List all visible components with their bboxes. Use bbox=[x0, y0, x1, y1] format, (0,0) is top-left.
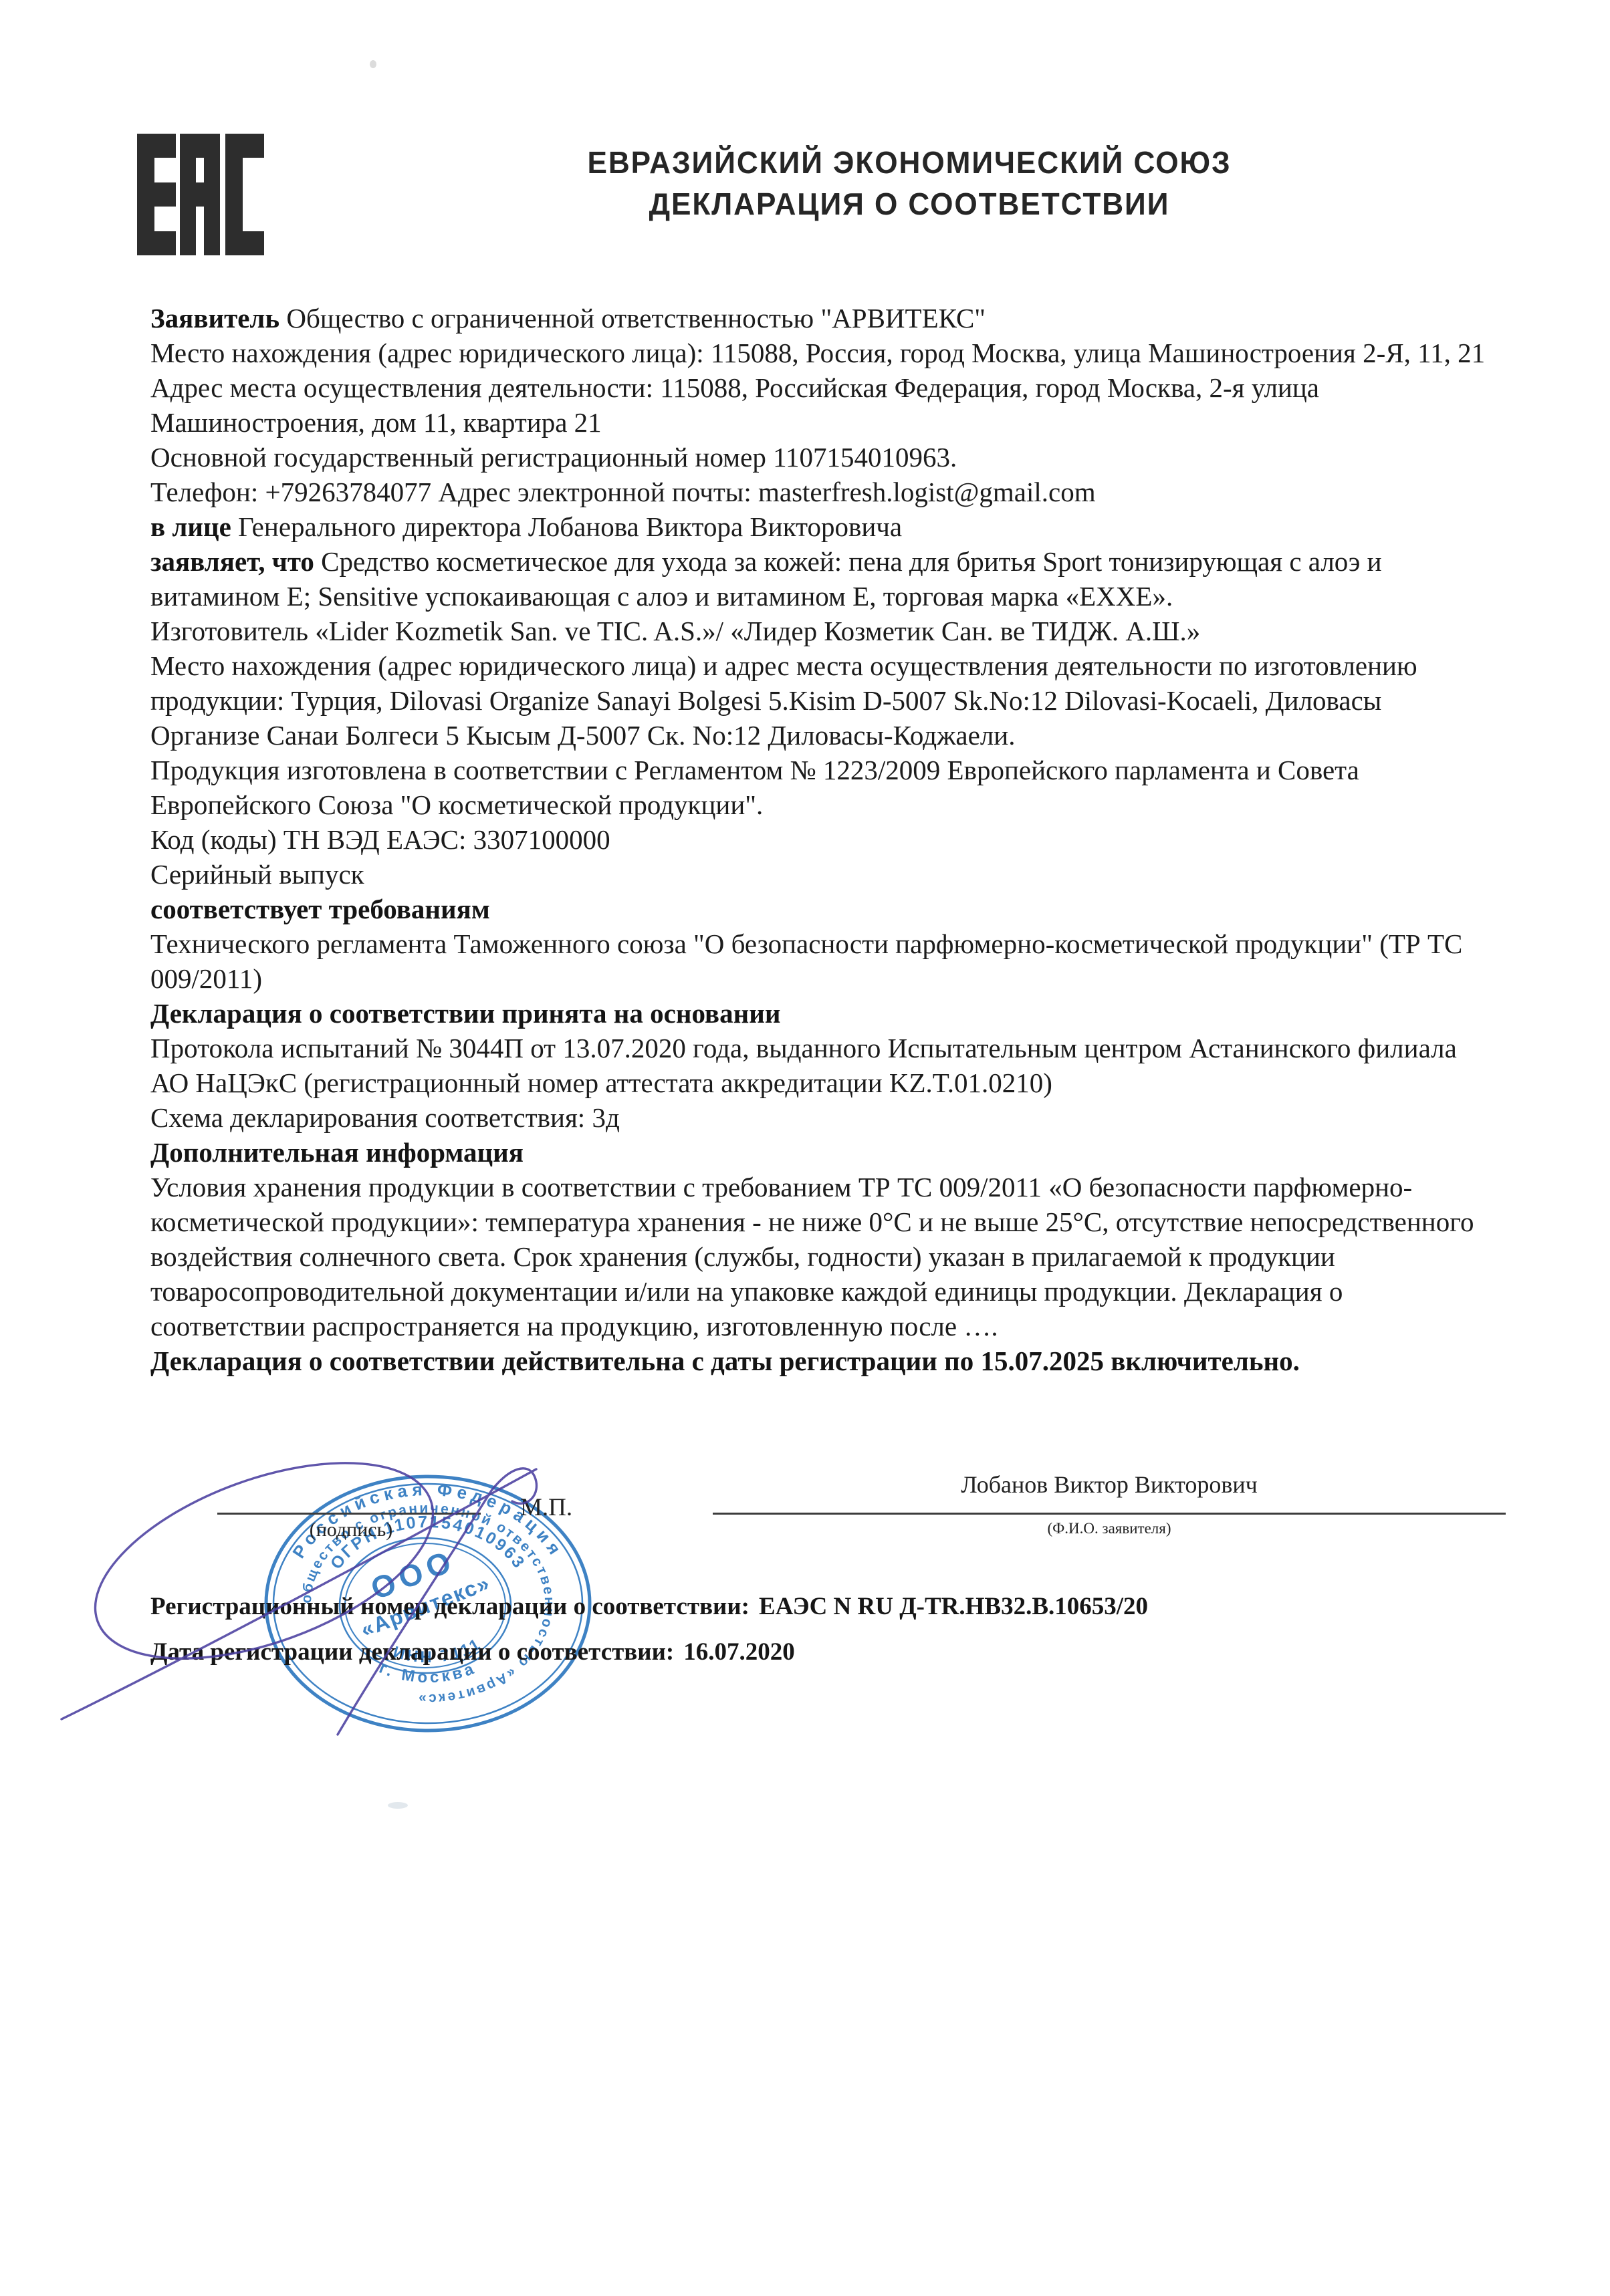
paragraph: Дополнительная информация bbox=[150, 1135, 1493, 1170]
paragraph: в лице Генерального директора Лобанова В… bbox=[150, 509, 1493, 544]
paragraph: Продукция изготовлена в соответствии с Р… bbox=[150, 753, 1493, 822]
applicant-name-line bbox=[713, 1513, 1506, 1515]
paragraph: Технического регламента Таможенного союз… bbox=[150, 926, 1493, 996]
paragraph-text: Продукция изготовлена в соответствии с Р… bbox=[150, 755, 1359, 820]
paragraph: Адрес места осуществления деятельности: … bbox=[150, 370, 1493, 440]
paragraph-lead: соответствует требованиям bbox=[150, 894, 490, 924]
paragraph: Заявитель Общество с ограниченной ответс… bbox=[150, 301, 1493, 336]
paragraph: соответствует требованиям bbox=[150, 892, 1493, 926]
paragraph: Место нахождения (адрес юридического лиц… bbox=[150, 336, 1493, 370]
paragraph: Телефон: +79263784077 Адрес электронной … bbox=[150, 475, 1493, 509]
scan-speck bbox=[370, 60, 376, 68]
paragraph-text: Адрес места осуществления деятельности: … bbox=[150, 372, 1319, 438]
paragraph: Изготовитель «Lider Kozmetik San. ve TIC… bbox=[150, 614, 1493, 648]
registration-date-value: 16.07.2020 bbox=[683, 1638, 795, 1666]
paragraph-text: Схема декларирования соответствия: 3д bbox=[150, 1102, 620, 1133]
paragraph: Декларация о соответствии принята на осн… bbox=[150, 996, 1493, 1031]
paragraph-text: Технического регламента Таможенного союз… bbox=[150, 928, 1462, 994]
paragraph-lead: Декларация о соответствии принята на осн… bbox=[150, 998, 780, 1029]
paragraph: Серийный выпуск bbox=[150, 857, 1493, 892]
paragraph: Условия хранения продукции в соответстви… bbox=[150, 1170, 1493, 1344]
paragraph-lead: Заявитель bbox=[150, 303, 279, 334]
validity-statement: Декларация о соответствии действительна … bbox=[150, 1344, 1493, 1378]
eac-logo-icon bbox=[137, 134, 264, 255]
title-union: ЕВРАЗИЙСКИЙ ЭКОНОМИЧЕСКИЙ СОЮЗ bbox=[524, 142, 1294, 183]
paragraph: Код (коды) ТН ВЭД ЕАЭС: 3307100000 bbox=[150, 822, 1493, 857]
declaration-body: Заявитель Общество с ограниченной ответс… bbox=[150, 301, 1493, 1378]
declaration-document-page: ЕВРАЗИЙСКИЙ ЭКОНОМИЧЕСКИЙ СОЮЗ ДЕКЛАРАЦИ… bbox=[0, 0, 1610, 2296]
paragraph: Основной государственный регистрационный… bbox=[150, 440, 1493, 475]
paragraph-text: Изготовитель «Lider Kozmetik San. ve TIC… bbox=[150, 616, 1200, 646]
registration-number-value: ЕАЭС N RU Д-TR.НВ32.В.10653/20 bbox=[759, 1593, 1148, 1620]
applicant-name: Лобанов Виктор Викторович bbox=[713, 1471, 1506, 1499]
paragraph-text: Условия хранения продукции в соответстви… bbox=[150, 1172, 1474, 1342]
handwritten-signature bbox=[40, 1417, 655, 1831]
paragraph-text: Общество с ограниченной ответственностью… bbox=[279, 303, 986, 334]
paragraph-text: Код (коды) ТН ВЭД ЕАЭС: 3307100000 bbox=[150, 824, 610, 855]
paragraph-text: Серийный выпуск bbox=[150, 859, 364, 890]
paragraph: заявляет, что Средство косметическое для… bbox=[150, 544, 1493, 614]
title-doc-type: ДЕКЛАРАЦИЯ О СООТВЕТСТВИИ bbox=[524, 183, 1294, 225]
paragraph-text: Протокола испытаний № 3044П от 13.07.202… bbox=[150, 1033, 1457, 1098]
paragraph-text: Телефон: +79263784077 Адрес электронной … bbox=[150, 477, 1096, 507]
applicant-fio-caption: (Ф.И.О. заявителя) bbox=[713, 1520, 1506, 1537]
paragraph-lead: Дополнительная информация bbox=[150, 1137, 524, 1168]
paragraph-text: Генерального директора Лобанова Виктора … bbox=[231, 511, 902, 542]
paragraph: Схема декларирования соответствия: 3д bbox=[150, 1100, 1493, 1135]
document-title: ЕВРАЗИЙСКИЙ ЭКОНОМИЧЕСКИЙ СОЮЗ ДЕКЛАРАЦИ… bbox=[524, 142, 1294, 225]
paragraph-lead: заявляет, что bbox=[150, 546, 314, 577]
paragraph-text: Средство косметическое для ухода за коже… bbox=[150, 546, 1382, 612]
paragraph-text: Место нахождения (адрес юридического лиц… bbox=[150, 650, 1417, 751]
paragraph-lead: в лице bbox=[150, 511, 231, 542]
paragraph: Место нахождения (адрес юридического лиц… bbox=[150, 648, 1493, 753]
paragraph: Протокола испытаний № 3044П от 13.07.202… bbox=[150, 1031, 1493, 1100]
paragraph-text: Основной государственный регистрационный… bbox=[150, 442, 957, 473]
paragraph-text: Место нахождения (адрес юридического лиц… bbox=[150, 338, 1485, 368]
